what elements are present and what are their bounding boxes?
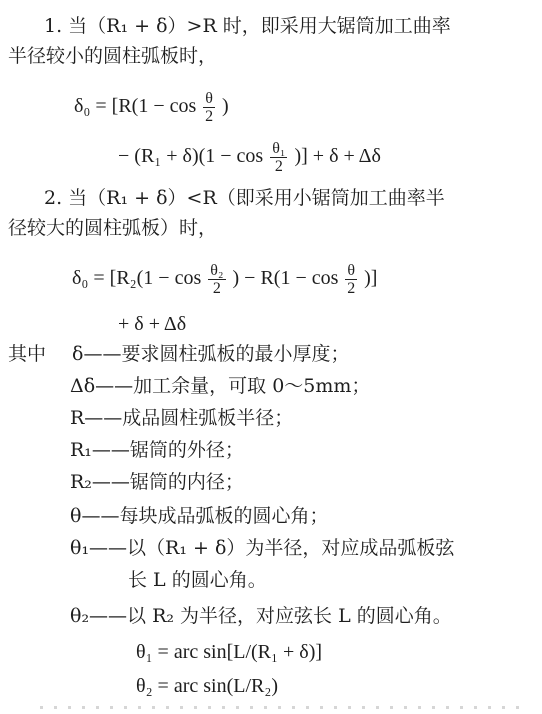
fraction: θ2	[345, 262, 357, 297]
case2-heading-line1: 2. 当（R₁ + δ）<R（即采用小锯筒加工曲率半	[44, 186, 445, 210]
case1-formula-line1: δ₀ = [R(1 − cos θ2 )	[74, 90, 229, 125]
formula-text: − (R₁ + δ)(1 − cos	[118, 145, 263, 167]
case2-heading-line2: 径较大的圆柱弧板）时，	[8, 216, 217, 240]
fraction: θ₂2	[208, 262, 225, 297]
definition-item: R₂——锯筒的内径；	[70, 470, 244, 494]
case1-formula-line2: − (R₁ + δ)(1 − cos θ₁2 )] + δ + Δδ	[118, 140, 381, 175]
case2-formula-line2: + δ + Δδ	[118, 312, 186, 336]
case1-heading-line1: 1. 当（R₁ + δ）>R 时，即采用大锯筒加工曲率	[44, 14, 451, 38]
formula-text: δ₀ = [R₂(1 − cos	[72, 267, 201, 289]
formula-text: )	[222, 95, 229, 117]
case1-heading-line2: 半径较小的圆柱弧板时，	[8, 44, 217, 68]
fraction: θ2	[203, 90, 215, 125]
definition-item: R₁——锯筒的外径；	[70, 438, 244, 462]
definition-item: θ——每块成品弧板的圆心角；	[70, 504, 328, 528]
definition-item: δ——要求圆柱弧板的最小厚度；	[72, 342, 349, 366]
definitions-lead: 其中	[8, 342, 46, 366]
definition-item: R——成品圆柱弧板半径；	[70, 406, 293, 430]
definition-item: θ₂——以 R₂ 为半径，对应弦长 L 的圆心角。	[70, 604, 452, 628]
equation-theta2: θ₂ = arc sin(L/R₂)	[136, 674, 278, 698]
definition-item: 长 L 的圆心角。	[128, 568, 267, 592]
definition-item: Δδ——加工余量，可取 0～5mm；	[70, 374, 370, 398]
fraction: θ₁2	[270, 140, 287, 175]
definition-item: θ₁——以（R₁ + δ）为半径，对应成品弧板弦	[70, 536, 454, 560]
formula-text: )] + δ + Δδ	[294, 145, 380, 167]
formula-text: ) − R(1 − cos	[233, 267, 339, 289]
equation-theta1: θ₁ = arc sin[L/(R₁ + δ)]	[136, 640, 322, 664]
scan-artifact	[40, 706, 520, 709]
case2-formula-line1: δ₀ = [R₂(1 − cos θ₂2 ) − R(1 − cos θ2 )]	[72, 262, 377, 297]
formula-text: )]	[364, 267, 377, 289]
formula-text: δ₀ = [R(1 − cos	[74, 95, 196, 117]
